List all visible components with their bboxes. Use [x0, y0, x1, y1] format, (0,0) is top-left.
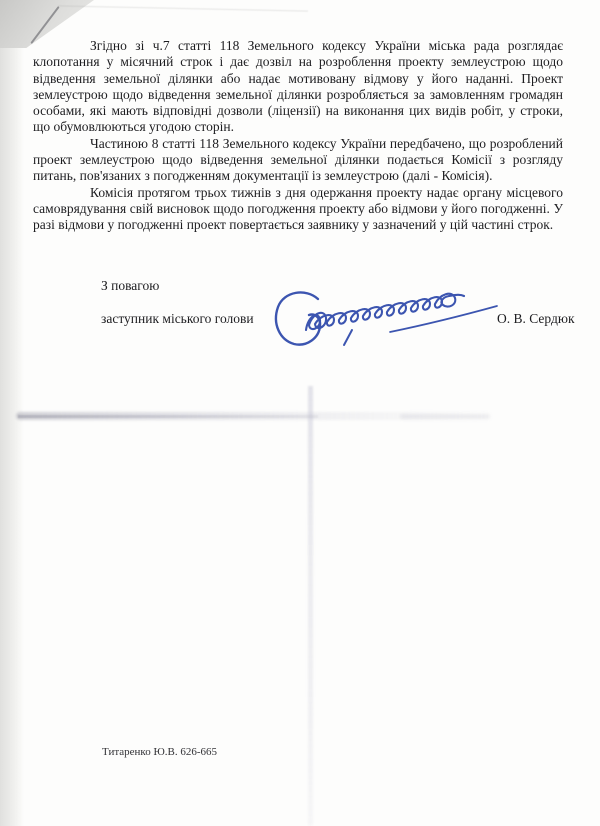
vertical-fold-crease: [308, 386, 313, 826]
scan-top-edge-line: [58, 5, 308, 11]
horizontal-fold-smudge: [400, 414, 490, 419]
horizontal-fold-crease-core: [18, 415, 318, 418]
letter-body: Згідно зі ч.7 статті 118 Земельного коде…: [33, 38, 563, 234]
signer-title: заступник міського голови: [101, 311, 254, 327]
executor-note: Титаренко Ю.В. 626-665: [102, 746, 217, 758]
paragraph-commission-submission: Частиною 8 статті 118 Земельного кодексу…: [33, 136, 563, 185]
paragraph-legal-basis: Згідно зі ч.7 статті 118 Земельного коде…: [33, 38, 563, 136]
signature-slash-stroke: [344, 330, 352, 345]
handwritten-signature: [272, 287, 504, 353]
signer-name: О. В. Сердюк: [497, 311, 575, 327]
scanned-letter-page: Згідно зі ч.7 статті 118 Земельного коде…: [0, 0, 600, 826]
paragraph-commission-review: Комісія протягом трьох тижнів з дня одер…: [33, 185, 563, 234]
signature-oval-stroke: [276, 292, 320, 344]
signature-loops-stroke: [306, 294, 464, 330]
closing-salutation: З повагою: [101, 278, 159, 294]
